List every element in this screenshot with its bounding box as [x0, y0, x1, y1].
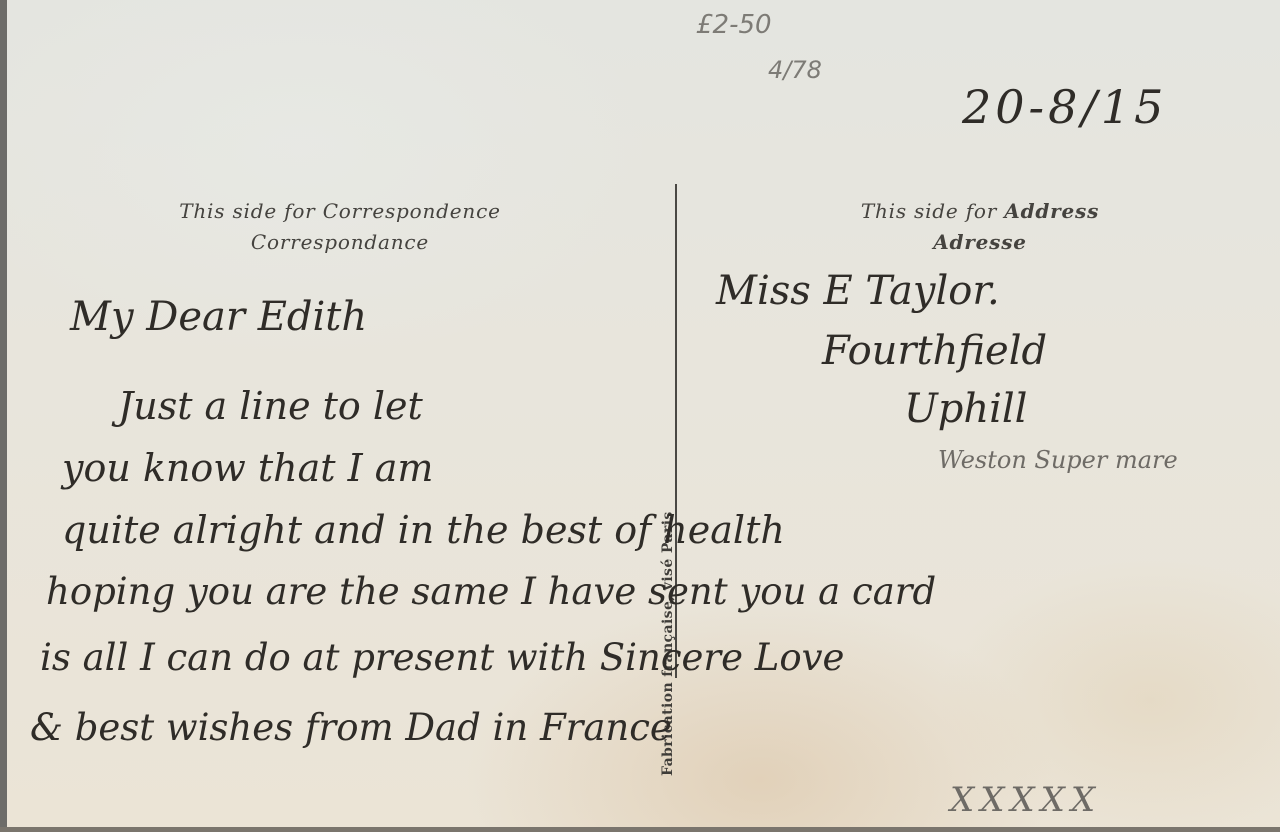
background-table-edge [0, 0, 7, 832]
message-line-2: you know that I am [62, 446, 433, 490]
correspondence-heading: This side for Correspondence Corresponda… [120, 196, 560, 258]
correspondence-heading-en: This side for Correspondence [120, 196, 560, 227]
address-house: Fourthfield [822, 328, 1047, 374]
address-name: Miss E Taylor. [716, 268, 1000, 314]
card-bottom-edge [0, 827, 1280, 832]
message-salutation: My Dear Edith [70, 294, 367, 340]
address-heading-en: This side for Address [790, 196, 1170, 227]
address-town: Weston Super mare [938, 446, 1178, 474]
message-line-5: is all I can do at present with Sincere … [40, 636, 844, 679]
pencil-price-note: £2-50 [696, 10, 772, 40]
address-heading-prefix: This side for [861, 199, 997, 223]
address-village: Uphill [904, 386, 1027, 432]
correspondence-heading-fr: Correspondance [120, 227, 560, 258]
message-line-6: & best wishes from Dad in France [30, 706, 672, 749]
handwritten-date: 20-8/15 [962, 80, 1167, 134]
address-heading-fr: Adresse [790, 227, 1170, 258]
message-line-4: hoping you are the same I have sent you … [46, 570, 936, 613]
message-line-1: Just a line to let [118, 384, 423, 428]
postcard-back: £2-50 4/78 20-8/15 This side for Corresp… [0, 0, 1280, 832]
address-heading: This side for Address Adresse [790, 196, 1170, 258]
pencil-code-note: 4/78 [768, 56, 822, 84]
message-kisses: XXXXX [950, 780, 1101, 820]
message-line-3: quite alright and in the best of health [62, 508, 785, 552]
address-heading-word: Address [1004, 199, 1099, 223]
